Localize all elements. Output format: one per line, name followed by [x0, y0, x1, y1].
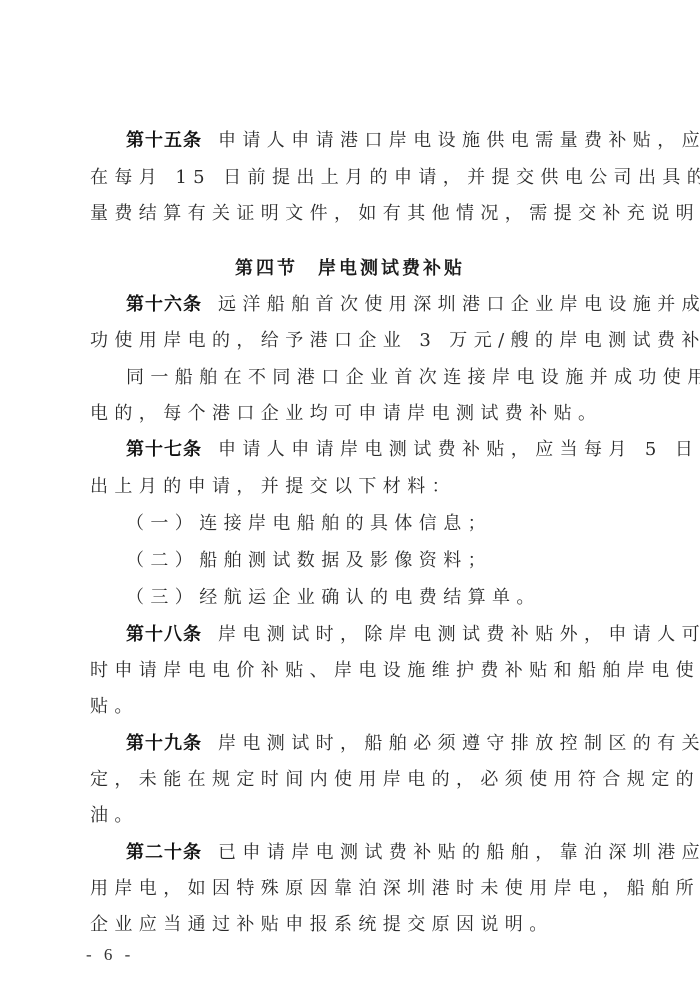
- article-18-line-2: 时申请岸电电价补贴、岸电设施维护费补贴和船舶岸电使用补: [90, 653, 610, 689]
- article-text: 远洋船舶首次使用深圳港口企业岸电设施并成: [218, 294, 700, 315]
- article-16-para2-line-1: 同一船舶在不同港口企业首次连接岸电设施并成功使用岸: [126, 360, 646, 396]
- article-17-line-1: 第十七条申请人申请岸电测试费补贴，应当每月 5 日前提: [126, 432, 646, 468]
- article-18-line-3: 贴。: [90, 689, 610, 725]
- article-18-line-1: 第十八条岸电测试时，除岸电测试费补贴外，申请人可同: [126, 617, 646, 653]
- document-page: 第十五条申请人申请港口岸电设施供电需量费补贴，应当 在每月 15 日前提出上月的…: [0, 0, 700, 990]
- article-16-line-1: 第十六条远洋船舶首次使用深圳港口企业岸电设施并成: [126, 287, 646, 323]
- page-number: - 6 -: [86, 945, 134, 965]
- article-label: 第十六条: [126, 294, 202, 315]
- article-label: 第二十条: [126, 842, 202, 863]
- article-20-line-3: 企业应当通过补贴申报系统提交原因说明。: [90, 907, 610, 943]
- article-17-line-2: 出上月的申请，并提交以下材料：: [90, 469, 610, 505]
- article-20-line-2: 用岸电，如因特殊原因靠泊深圳港时未使用岸电，船舶所属航运: [90, 871, 610, 907]
- article-15-line-1: 第十五条申请人申请港口岸电设施供电需量费补贴，应当: [126, 123, 646, 159]
- list-item-2: （二）船舶测试数据及影像资料；: [126, 543, 646, 579]
- article-text: 申请人申请港口岸电设施供电需量费补贴，应当: [218, 130, 700, 151]
- article-19-line-2: 定，未能在规定时间内使用岸电的，必须使用符合规定的低硫燃: [90, 762, 610, 798]
- article-16-para2-line-2: 电的，每个港口企业均可申请岸电测试费补贴。: [90, 396, 610, 432]
- article-text: 岸电测试时，除岸电测试费补贴外，申请人可同: [218, 624, 700, 645]
- article-text: 已申请岸电测试费补贴的船舶，靠泊深圳港应使: [218, 842, 700, 863]
- article-text: 申请人申请岸电测试费补贴，应当每月 5 日前提: [218, 439, 700, 460]
- section-title: 岸电测试费补贴: [318, 258, 465, 279]
- section-heading: 第四节岸电测试费补贴: [0, 251, 700, 287]
- section-number: 第四节: [235, 258, 298, 279]
- article-15-line-3: 量费结算有关证明文件，如有其他情况，需提交补充说明文件。: [90, 196, 610, 232]
- article-label: 第十七条: [126, 439, 202, 460]
- list-item-1: （一）连接岸电船舶的具体信息；: [126, 506, 646, 542]
- article-19-line-1: 第十九条岸电测试时，船舶必须遵守排放控制区的有关规: [126, 726, 646, 762]
- article-label: 第十八条: [126, 624, 202, 645]
- article-19-line-3: 油。: [90, 798, 610, 834]
- list-item-3: （三）经航运企业确认的电费结算单。: [126, 580, 646, 616]
- article-20-line-1: 第二十条已申请岸电测试费补贴的船舶，靠泊深圳港应使: [126, 835, 646, 871]
- article-label: 第十五条: [126, 130, 202, 151]
- article-label: 第十九条: [126, 733, 202, 754]
- article-15-line-2: 在每月 15 日前提出上月的申请，并提交供电公司出具的供电需: [90, 160, 610, 196]
- article-text: 岸电测试时，船舶必须遵守排放控制区的有关规: [218, 733, 700, 754]
- article-16-line-2: 功使用岸电的，给予港口企业 3 万元/艘的岸电测试费补贴。: [90, 323, 610, 359]
